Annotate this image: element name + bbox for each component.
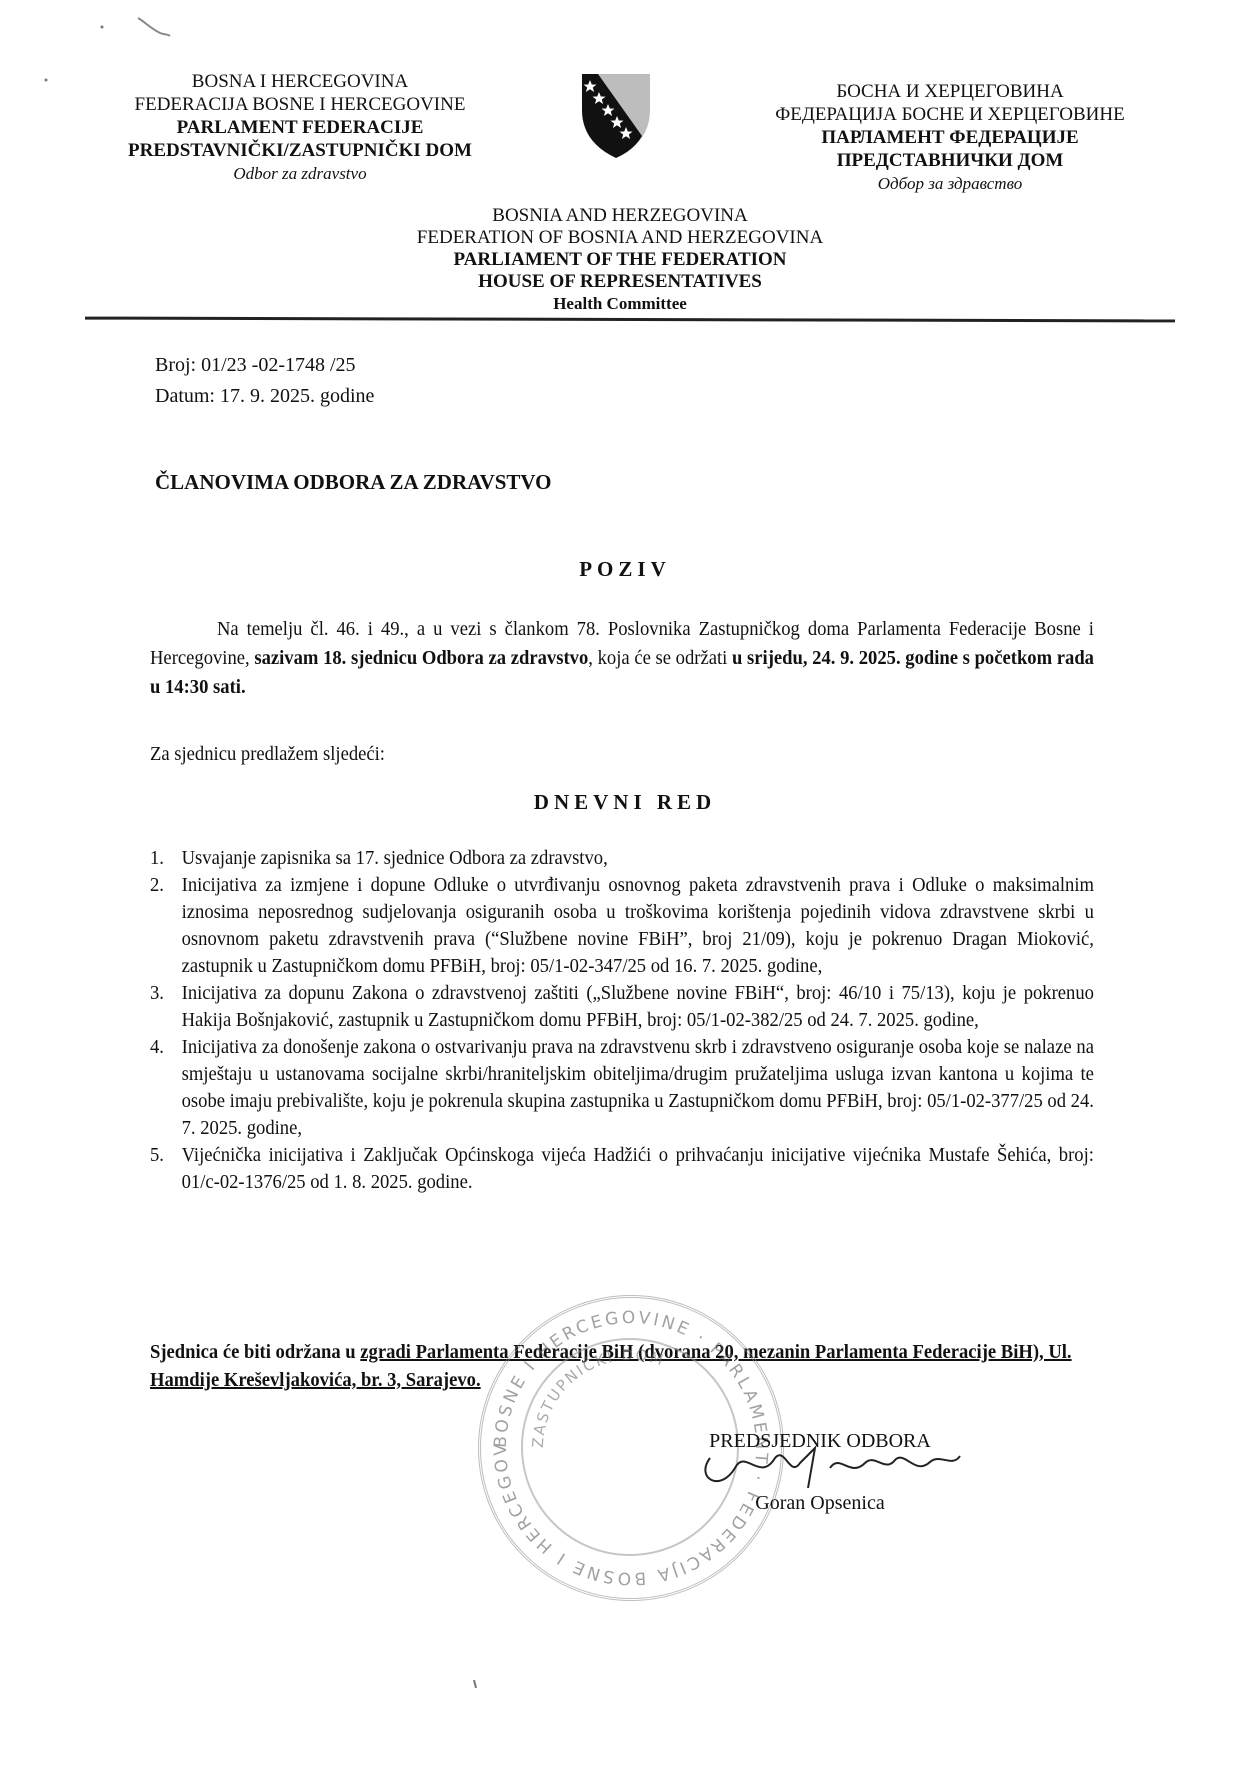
header-bosnian-latin: BOSNA I HERCEGOVINA FEDERACIJA BOSNE I H…	[110, 70, 490, 185]
header-parliament-cyr: ПАРЛАМЕНТ ФЕДЕРАЦИЈЕ	[750, 126, 1150, 149]
agenda-item: 2.Inicijativa za izmjene i dopune Odluke…	[150, 872, 1094, 980]
intro-paragraph: Na temelju čl. 46. i 49., a u vezi s čla…	[150, 615, 1094, 702]
intro-text-2: , koja će se održati	[588, 647, 732, 669]
reference-block: Broj: 01/23 -02-1748 /25 Datum: 17. 9. 2…	[155, 350, 374, 412]
header-house-en: HOUSE OF REPRESENTATIVES	[370, 271, 870, 293]
header-bosnian-cyrillic: БОСНА И ХЕРЦЕГОВИНА ФЕДЕРАЦИЈА БОСНЕ И Х…	[750, 80, 1150, 195]
header-country-cyr: БОСНА И ХЕРЦЕГОВИНА	[750, 80, 1150, 103]
header-divider	[85, 317, 1175, 323]
header-committee: Odbor za zdravstvo	[110, 162, 490, 185]
header-federation-cyr: ФЕДЕРАЦИЈА БОСНЕ И ХЕРЦЕГОВИНЕ	[750, 103, 1150, 126]
header-parliament-en: PARLIAMENT OF THE FEDERATION	[370, 249, 870, 271]
agenda-item: 3.Inicijativa za dopunu Zakona o zdravst…	[150, 980, 1094, 1034]
document-title: POZIV	[0, 557, 1250, 582]
agenda-item-number: 2.	[150, 872, 182, 980]
header-country-en: BOSNIA AND HERZEGOVINA	[370, 205, 870, 227]
agenda-item: 4.Inicijativa za donošenje zakona o ostv…	[150, 1034, 1094, 1142]
agenda-item-number: 4.	[150, 1034, 182, 1142]
agenda-item-text: Usvajanje zapisnika sa 17. sjednice Odbo…	[182, 845, 1094, 872]
agenda-item-text: Inicijativa za dopunu Zakona o zdravstve…	[182, 980, 1094, 1034]
agenda-item: 5.Vijećnička inicijativa i Zaključak Opć…	[150, 1142, 1094, 1196]
header-federation: FEDERACIJA BOSNE I HERCEGOVINE	[110, 93, 490, 116]
coat-of-arms-icon	[578, 70, 654, 160]
agenda-item-number: 1.	[150, 845, 182, 872]
agenda-item: 1.Usvajanje zapisnika sa 17. sjednice Od…	[150, 845, 1094, 872]
intro-session: sazivam 18. sjednicu Odbora za zdravstvo	[254, 647, 588, 669]
header-house-cyr: ПРЕДСТАВНИЧКИ ДОМ	[750, 149, 1150, 172]
agenda-item-text: Vijećnička inicijativa i Zaključak Općin…	[182, 1142, 1094, 1196]
svg-text:ZASTUPNIČKI DOM: ZASTUPNIČKI DOM	[529, 1346, 667, 1449]
agenda-title: DNEVNI RED	[0, 790, 1250, 815]
proposal-line: Za sjednicu predlažem sljedeći:	[150, 740, 1094, 769]
addressee: ČLANOVIMA ODBORA ZA ZDRAVSTVO	[155, 470, 552, 495]
reference-number: Broj: 01/23 -02-1748 /25	[155, 350, 374, 381]
agenda-item-text: Inicijativa za donošenje zakona o ostvar…	[182, 1034, 1094, 1142]
stamp-inner-text: ZASTUPNIČKI DOM	[529, 1346, 667, 1449]
agenda-item-text: Inicijativa za izmjene i dopune Odluke o…	[182, 872, 1094, 980]
agenda-list: 1.Usvajanje zapisnika sa 17. sjednice Od…	[150, 845, 1094, 1196]
header-house: PREDSTAVNIČKI/ZASTUPNIČKI DOM	[110, 139, 490, 162]
handwritten-signature-icon	[690, 1438, 970, 1498]
header-federation-en: FEDERATION OF BOSNIA AND HERZEGOVINA	[370, 227, 870, 249]
header-country: BOSNA I HERCEGOVINA	[110, 70, 490, 93]
header-parliament: PARLAMENT FEDERACIJE	[110, 116, 490, 139]
header-committee-en: Health Committee	[370, 293, 870, 315]
agenda-item-number: 3.	[150, 980, 182, 1034]
header-committee-cyr: Одбор за здравство	[750, 172, 1150, 195]
reference-date: Datum: 17. 9. 2025. godine	[155, 381, 374, 412]
agenda-item-number: 5.	[150, 1142, 182, 1196]
location-prefix: Sjednica će biti održana u	[150, 1341, 360, 1363]
document-page: BOSNA I HERCEGOVINA FEDERACIJA BOSNE I H…	[0, 0, 1250, 1765]
header-english: BOSNIA AND HERZEGOVINA FEDERATION OF BOS…	[370, 205, 870, 315]
